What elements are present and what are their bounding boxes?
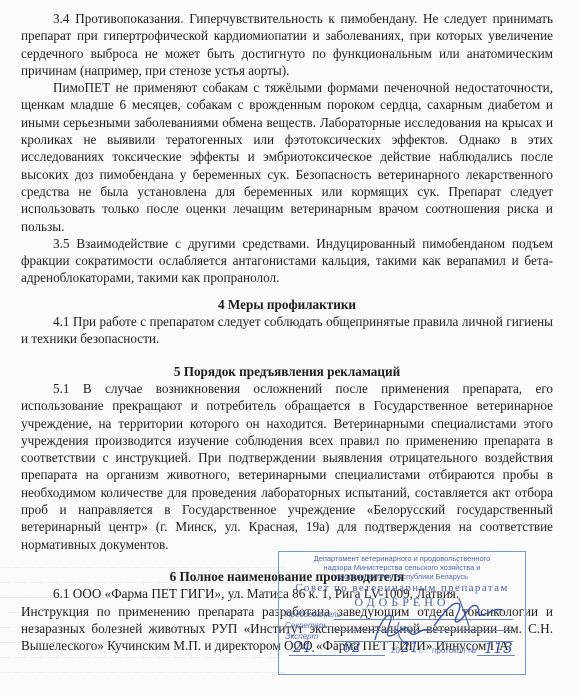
paragraph-prevention: 4.1 При работе с препаратом следует собл… [21, 313, 553, 348]
signature-secretary-icon [365, 608, 435, 648]
heading-prevention: 4 Меры профилактики [21, 296, 553, 313]
stamp-dept-line-3: продовольствия Республики Беларусь [279, 572, 525, 581]
stamp-department: Департамент ветеринарного и продовольств… [279, 554, 525, 581]
approval-stamp: Департамент ветеринарного и продовольств… [278, 551, 526, 675]
paragraph-interactions: 3.5 Взаимодействие с другими средствами.… [21, 235, 553, 287]
paragraph-pimopet-restrictions: ПимоПЕТ не применяют собакам с тяжёлыми … [21, 79, 553, 235]
stamp-date-day: 24. [293, 640, 315, 656]
stamp-chair-label: Председатель [285, 610, 341, 619]
signature-chair-icon [429, 592, 509, 632]
paragraph-contraindications: 3.4 Противопоказания. Гиперчувствительно… [21, 10, 553, 79]
stamp-secretary-label: Секретарь [285, 621, 328, 630]
heading-complaints: 5 Порядок предъявления рекламаций [21, 363, 553, 380]
stamp-dept-line-1: Департамент ветеринарного и продовольств… [279, 554, 525, 563]
stamp-dept-line-2: надзора Министерства сельского хозяйства… [279, 563, 525, 572]
stamp-protocol-number: 113 [484, 639, 513, 657]
paragraph-complaints: 5.1 В случае возникновения осложнений по… [21, 380, 553, 553]
document-page: ————————————————————————————— — — — — — … [0, 0, 579, 697]
stamp-date-month: 02 [343, 640, 361, 656]
stamp-protocol-label: протокол № [432, 646, 476, 655]
